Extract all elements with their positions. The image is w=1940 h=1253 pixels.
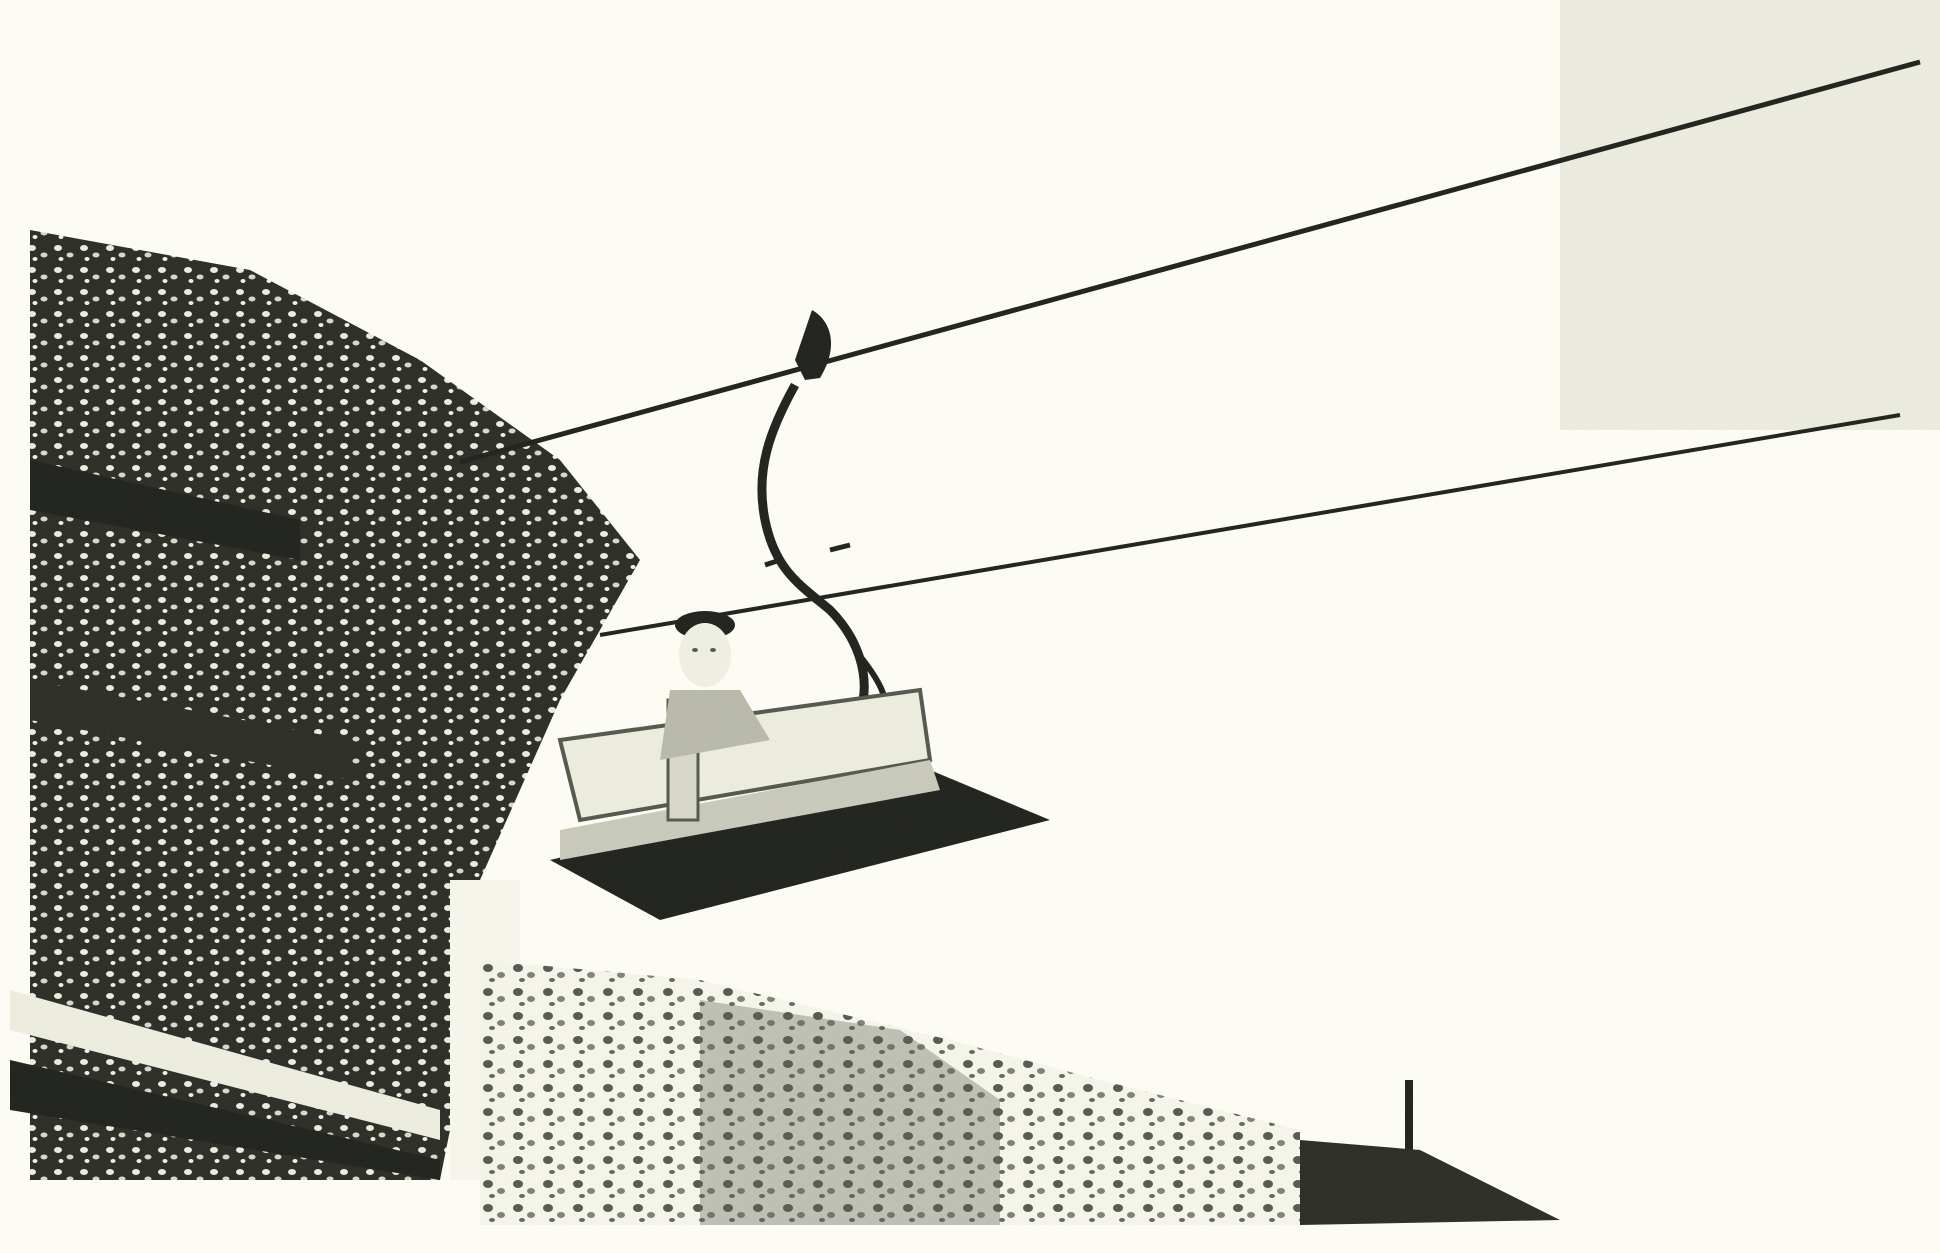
film-grain xyxy=(0,0,1940,1253)
photo-scene xyxy=(0,0,1940,1253)
photograph xyxy=(0,0,1940,1253)
